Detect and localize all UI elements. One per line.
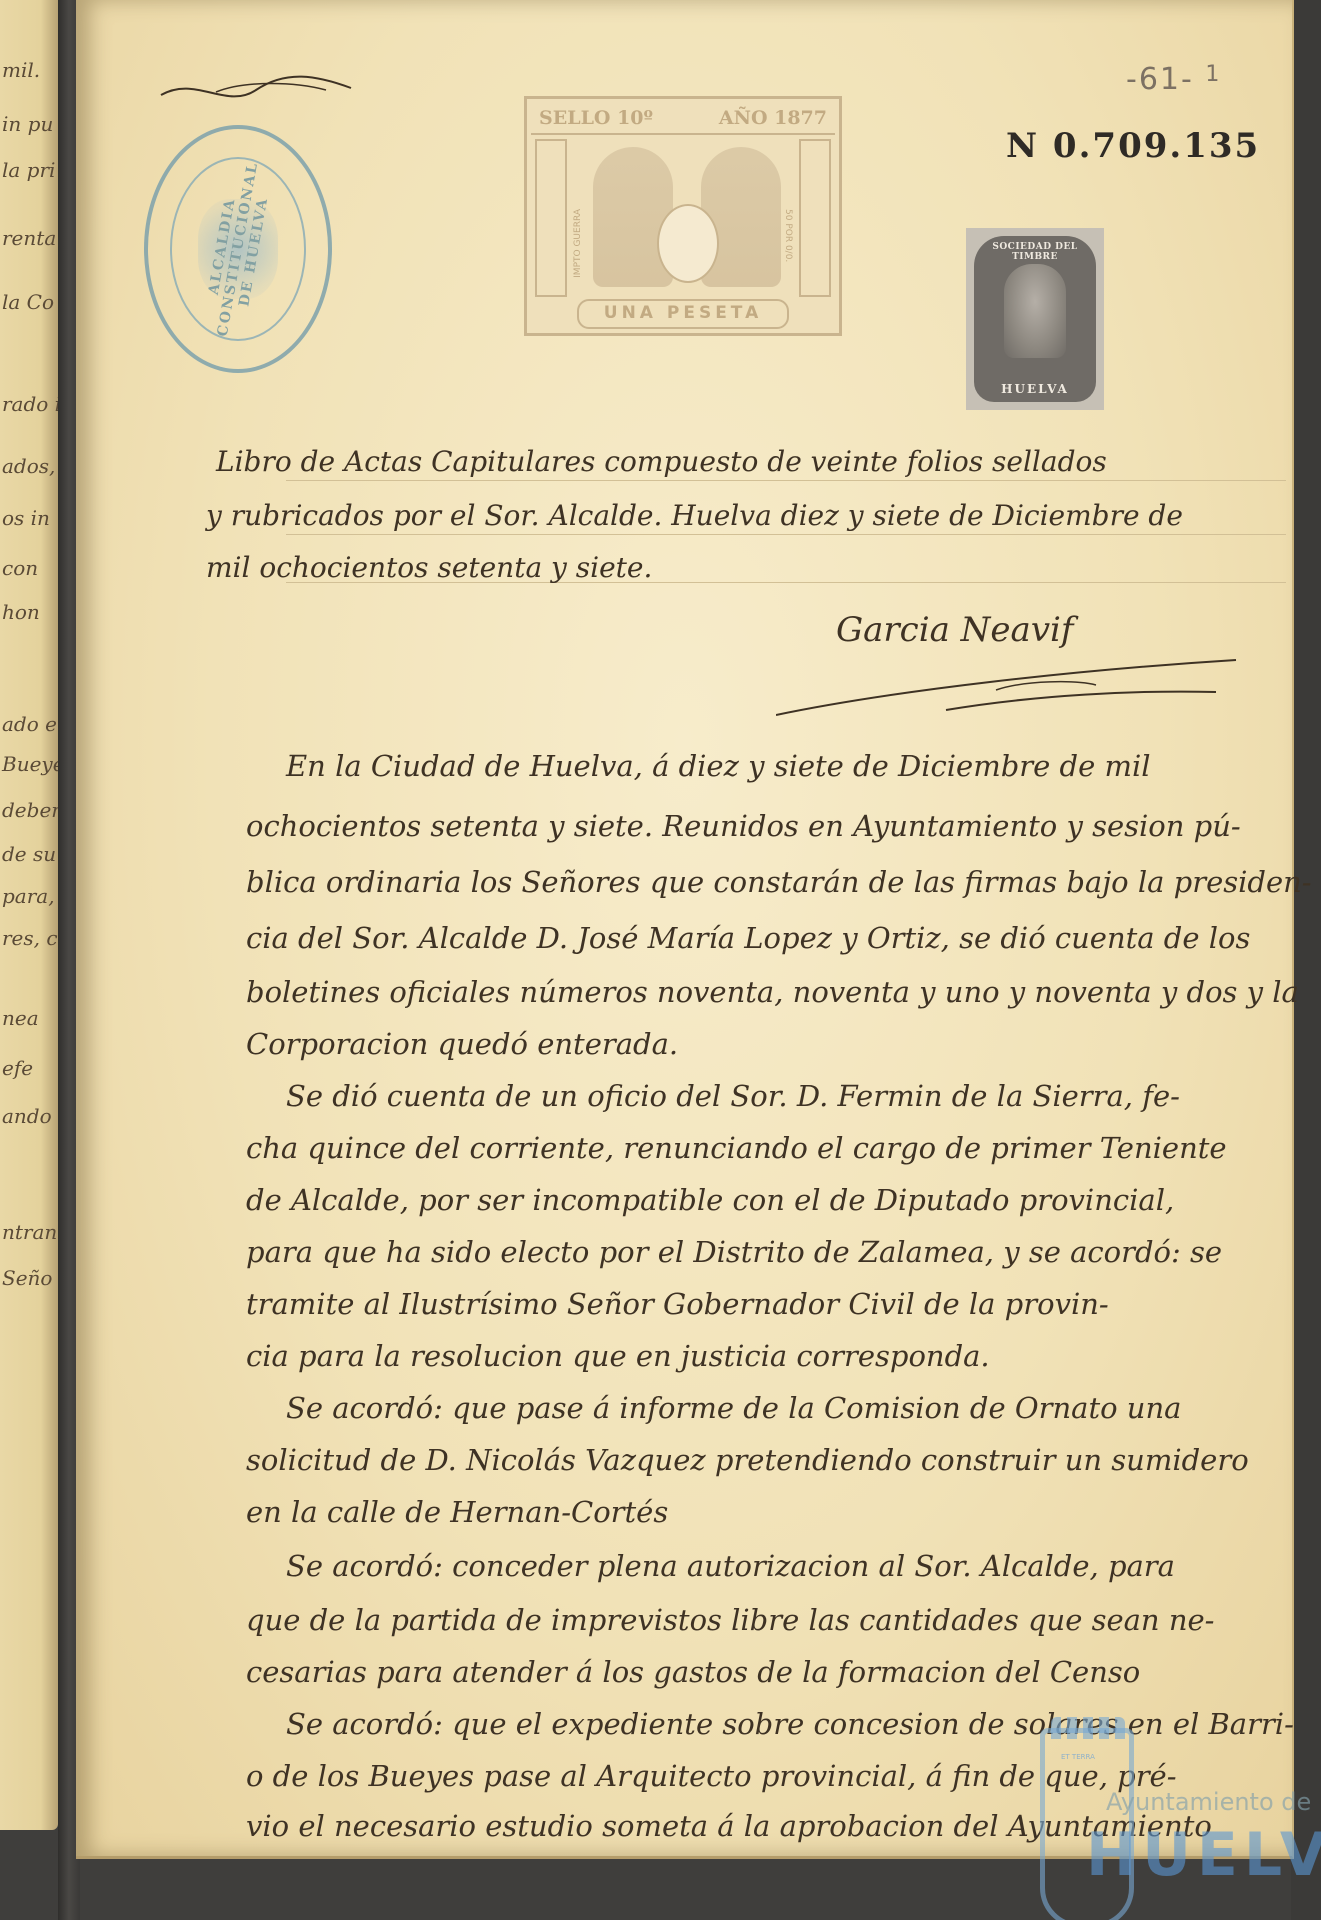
body-line: para que ha sido electo por el Distrito …	[246, 1238, 1222, 1267]
stamp-oval-icon	[657, 204, 719, 283]
body-line: Corporacion quedó enterada.	[246, 1030, 678, 1059]
fiscal-stamp: SELLO 10º AÑO 1877 IMPTO GUERRA 50 POR 0…	[524, 96, 842, 336]
fiscal-stamp-left-text: IMPTO GUERRA	[573, 209, 583, 278]
heading-line-1: Libro de Actas Capitulares compuesto de …	[216, 448, 1107, 476]
body-line: de Alcalde, por ser incompatible con el …	[246, 1186, 1174, 1215]
body-line: ochocientos setenta y siete. Reunidos en…	[246, 812, 1241, 841]
body-line: boletines oficiales números noventa, nov…	[246, 978, 1299, 1007]
facing-page-fragment: deben	[2, 798, 64, 822]
facing-page-fragment: con	[2, 556, 38, 580]
body-line: Se dió cuenta de un oficio del Sor. D. F…	[286, 1082, 1180, 1111]
portrait-icon	[1004, 264, 1066, 358]
facing-page-fragment: ntran	[2, 1220, 57, 1244]
timbre-stamp-city: HUELVA	[974, 382, 1096, 396]
body-line: en la calle de Hernan-Cortés	[246, 1498, 668, 1527]
body-line: Se acordó: conceder plena autorizacion a…	[286, 1552, 1175, 1581]
body-line: tramite al Ilustrísimo Señor Gobernador …	[246, 1290, 1109, 1319]
background-edge	[1291, 0, 1321, 1920]
timbre-stamp-title: SOCIEDAD DEL TIMBRE	[974, 242, 1096, 262]
fiscal-stamp-header: SELLO 10º AÑO 1877	[531, 103, 835, 135]
facing-page-fragment: ando	[2, 1104, 52, 1128]
body-line: solicitud de D. Nicolás Vazquez pretendi…	[246, 1446, 1249, 1475]
facing-page-fragment: rado i	[2, 392, 61, 416]
seal-crest-icon	[198, 199, 278, 299]
facing-page-fragment: os in	[2, 506, 50, 530]
heading-line-3: mil ochocientos setenta y siete.	[206, 554, 652, 582]
folio-number: -61- 1	[1126, 62, 1221, 97]
quill-flourish-icon	[156, 70, 356, 110]
ruled-line	[286, 534, 1286, 535]
body-line: o de los Bueyes pase al Arquitecto provi…	[246, 1762, 1177, 1791]
body-line: blica ordinaria los Señores que constará…	[246, 868, 1312, 897]
stamp-column-right	[799, 139, 831, 297]
body-line: Se acordó: que pase á informe de la Comi…	[286, 1394, 1181, 1423]
ruled-line	[286, 480, 1286, 481]
body-line: vio el necesario estudio someta á la apr…	[246, 1812, 1212, 1841]
facing-page-fragment: efe	[2, 1056, 33, 1080]
facing-page-fragment: de su	[2, 842, 56, 866]
facing-page-fragment: hon	[2, 600, 40, 624]
manuscript-page: -61- 1 N 0.709.135 ALCALDIA CONSTITUCION…	[76, 0, 1294, 1859]
body-line: que de la partida de imprevistos libre l…	[246, 1606, 1214, 1635]
stamp-column-left	[535, 139, 567, 297]
folio-mark: 1	[1205, 62, 1221, 87]
body-line: Se acordó: que el expediente sobre conce…	[286, 1710, 1294, 1739]
facing-page-fragment: la pri	[2, 158, 55, 182]
body-line: cia para la resolucion que en justicia c…	[246, 1342, 990, 1371]
fiscal-stamp-value: UNA PESETA	[577, 299, 789, 329]
timbre-stamp: SOCIEDAD DEL TIMBRE HUELVA	[966, 228, 1104, 410]
signature-flourish-icon	[776, 640, 1256, 720]
municipal-seal: ALCALDIA CONSTITUCIONAL DE HUELVA	[144, 125, 332, 373]
fiscal-stamp-right-text: 50 POR 0/0.	[783, 209, 793, 262]
folio-number-text: -61-	[1126, 62, 1194, 97]
body-line: cesarias para atender á los gastos de la…	[246, 1658, 1140, 1687]
body-line: cia del Sor. Alcalde D. José María Lopez…	[246, 924, 1250, 953]
facing-page-fragment: Seño	[2, 1266, 52, 1290]
facing-page-fragment: nea	[2, 1006, 39, 1030]
fiscal-stamp-seal-label: SELLO 10º	[539, 107, 653, 129]
fiscal-stamp-year: AÑO 1877	[719, 107, 827, 129]
facing-page-fragment: renta	[2, 226, 56, 250]
facing-page-fragment: la Co	[2, 290, 54, 314]
heading-line-2: y rubricados por el Sor. Alcalde. Huelva…	[206, 502, 1183, 530]
body-line: En la Ciudad de Huelva, á diez y siete d…	[286, 752, 1151, 781]
seal-text: ALCALDIA CONSTITUCIONAL DE HUELVA	[199, 156, 278, 342]
facing-page-fragment: mil.	[2, 58, 40, 82]
justice-figure-icon	[593, 147, 673, 287]
serial-number: N 0.709.135	[1006, 126, 1260, 166]
timbre-stamp-frame: SOCIEDAD DEL TIMBRE HUELVA	[974, 236, 1096, 402]
facing-page-edge: mil. in pu la pri renta la Co rado i ado…	[0, 0, 58, 1830]
body-line: cha quince del corriente, renunciando el…	[246, 1134, 1227, 1163]
facing-page-fragment: in pu	[2, 112, 53, 136]
